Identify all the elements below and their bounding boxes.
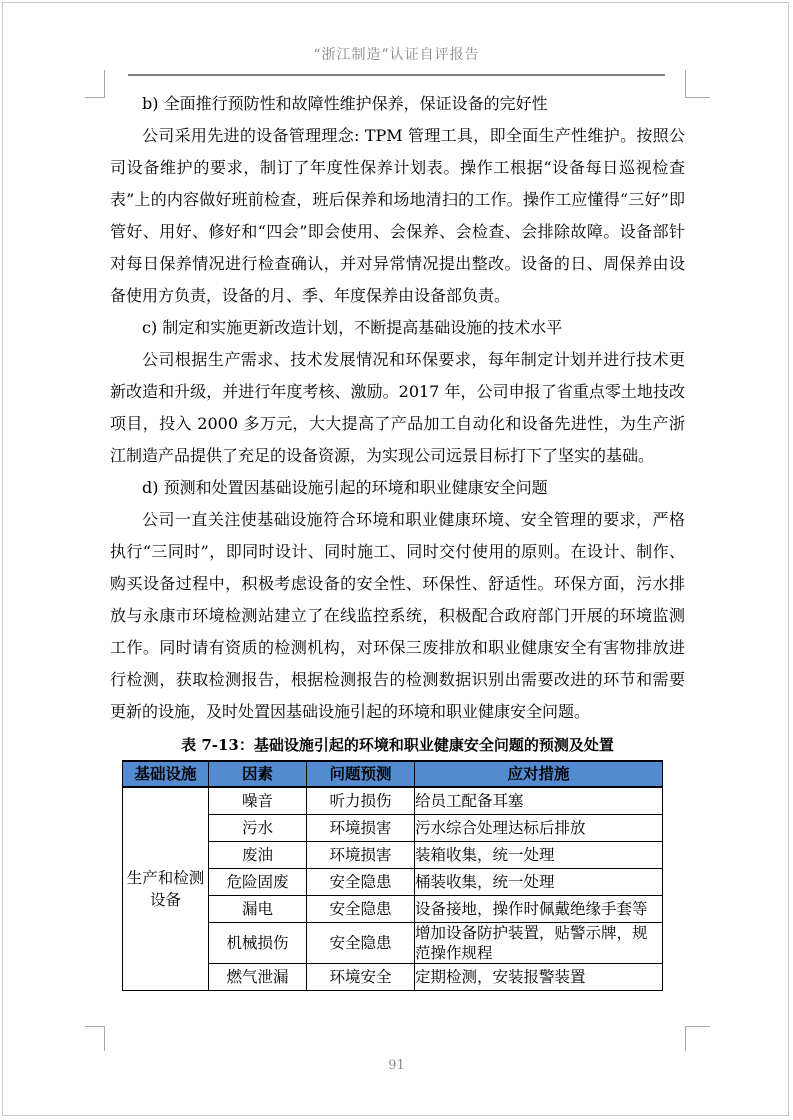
table-cell-prediction: 环境损害 bbox=[307, 815, 415, 842]
table-cell-prediction: 安全隐患 bbox=[307, 896, 415, 923]
paragraph: 公司采用先进的设备管理理念: TPM 管理工具，即全面生产性维护。按照公司设备维… bbox=[110, 120, 685, 312]
table-cell-row-group: 生产和检测设备 bbox=[123, 787, 209, 991]
paragraph: 公司一直关注使基础设施符合环境和职业健康环境、安全管理的要求，严格执行“三同时”… bbox=[110, 504, 685, 728]
table-cell-prediction: 环境损害 bbox=[307, 842, 415, 869]
table-caption: 表 7-13：基础设施引起的环境和职业健康安全问题的预测及处置 bbox=[110, 734, 685, 756]
table-cell-measure: 增加设备防护装置，贴警示牌，规范操作规程 bbox=[415, 923, 663, 964]
page-number: 91 bbox=[0, 1058, 793, 1073]
list-heading-d: d) 预测和处置因基础设施引起的环境和职业健康安全问题 bbox=[110, 472, 685, 504]
table-cell-prediction: 安全隐患 bbox=[307, 869, 415, 896]
paragraph: 公司根据生产需求、技术发展情况和环保要求，每年制定计划并进行技术更新改造和升级，… bbox=[110, 344, 685, 472]
table-cell-prediction: 安全隐患 bbox=[307, 923, 415, 964]
table-cell-factor: 废油 bbox=[209, 842, 307, 869]
table-header-prediction: 问题预测 bbox=[307, 761, 415, 787]
list-heading-b: b) 全面推行预防性和故障性维护保养，保证设备的完好性 bbox=[110, 88, 685, 120]
table-cell-factor: 机械损伤 bbox=[209, 923, 307, 964]
table-header-infrastructure: 基础设施 bbox=[123, 761, 209, 787]
document-body: b) 全面推行预防性和故障性维护保养，保证设备的完好性 公司采用先进的设备管理理… bbox=[110, 88, 685, 991]
document-page: { "header": { "title": "“浙江制造”认证自评报告" },… bbox=[0, 0, 793, 1120]
table-cell-measure: 桶装收集，统一处理 bbox=[415, 869, 663, 896]
text-boundary-mark-top-left bbox=[85, 70, 105, 98]
table-cell-factor: 污水 bbox=[209, 815, 307, 842]
table-cell-measure: 定期检测，安装报警装置 bbox=[415, 964, 663, 991]
table-cell-prediction: 听力损伤 bbox=[307, 787, 415, 815]
table-cell-measure: 设备接地，操作时佩戴绝缘手套等 bbox=[415, 896, 663, 923]
table-cell-factor: 燃气泄漏 bbox=[209, 964, 307, 991]
table-cell-measure: 装箱收集，统一处理 bbox=[415, 842, 663, 869]
text-boundary-mark-top-right bbox=[685, 70, 710, 98]
table-header-factor: 因素 bbox=[209, 761, 307, 787]
text-boundary-mark-bottom-left bbox=[85, 1026, 105, 1051]
table-header-measure: 应对措施 bbox=[415, 761, 663, 787]
table-header-row: 基础设施 因素 问题预测 应对措施 bbox=[123, 761, 663, 787]
table-row: 生产和检测设备 噪音 听力损伤 给员工配备耳塞 bbox=[123, 787, 663, 815]
list-heading-c: c) 制定和实施更新改造计划，不断提高基础设施的技术水平 bbox=[110, 312, 685, 344]
table-cell-factor: 噪音 bbox=[209, 787, 307, 815]
infrastructure-issues-table: 基础设施 因素 问题预测 应对措施 生产和检测设备 噪音 听力损伤 给员工配备耳… bbox=[122, 760, 663, 991]
table-cell-prediction: 环境安全 bbox=[307, 964, 415, 991]
table-cell-factor: 危险固废 bbox=[209, 869, 307, 896]
document-header-title: “浙江制造”认证自评报告 bbox=[0, 44, 793, 64]
table-cell-measure: 给员工配备耳塞 bbox=[415, 787, 663, 815]
header-rule bbox=[128, 74, 665, 76]
table-cell-measure: 污水综合处理达标后排放 bbox=[415, 815, 663, 842]
text-boundary-mark-bottom-right bbox=[685, 1026, 710, 1051]
table-cell-factor: 漏电 bbox=[209, 896, 307, 923]
